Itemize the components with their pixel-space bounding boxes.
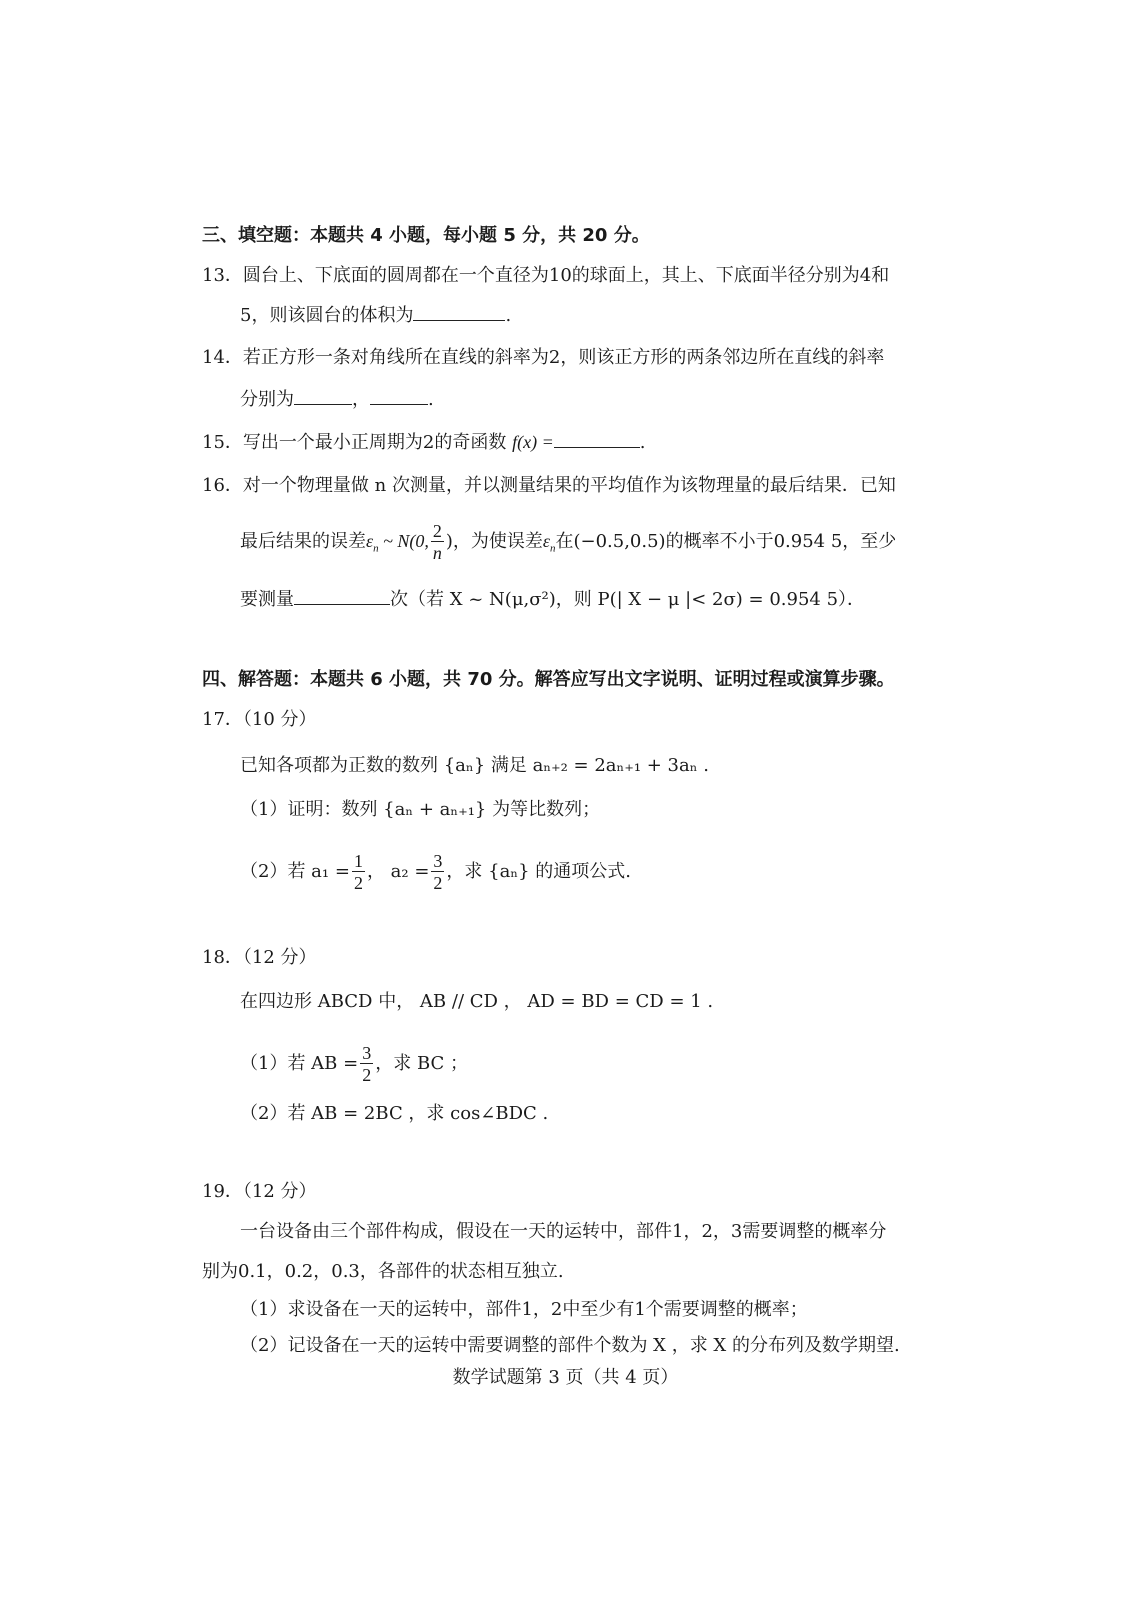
- numerator: 2: [431, 522, 444, 542]
- q16-line3: 要测量次（若 X ~ N(μ,σ²)，则 P(| X − μ |< 2σ) = …: [240, 586, 865, 614]
- q19-stem-line2: 别为0.1，0.2，0.3，各部件的状态相互独立.: [202, 1258, 564, 1286]
- fraction: 2n: [431, 522, 444, 562]
- q19-part1: （1）求设备在一天的运转中，部件1，2中至少有1个需要调整的概率；: [240, 1296, 808, 1324]
- numerator: 3: [360, 1044, 373, 1064]
- answer-blank: [413, 302, 505, 321]
- epsilon: ε: [543, 531, 550, 551]
- q18-part1-post: ，求 BC ；: [375, 1053, 468, 1074]
- answer-blank-2: [370, 386, 428, 405]
- denominator: 2: [352, 872, 365, 892]
- q19-title: 19．（12 分）: [202, 1178, 317, 1206]
- q14-line1: 14．若正方形一条对角线所在直线的斜率为2，则该正方形的两条邻边所在直线的斜率: [202, 344, 884, 372]
- q16-hint: 次（若 X ~ N(μ,σ²)，则 P(| X − μ |< 2σ) = 0.9…: [390, 589, 865, 610]
- q16-text-c: 在(−0.5,0.5)的概率不小于0.954 5，至少: [555, 531, 896, 552]
- q17-part1: （1）证明：数列 {aₙ + aₙ₊₁} 为等比数列；: [240, 796, 600, 824]
- answer-blank: [294, 586, 390, 605]
- q14-text: 分别为: [240, 389, 294, 410]
- q17-part2-post: ，求 {aₙ} 的通项公式.: [446, 861, 631, 882]
- q17-part2: （2）若 a₁ =12， a₂ =32，求 {aₙ} 的通项公式.: [240, 852, 631, 892]
- period: .: [640, 432, 646, 453]
- q18-part1-text: （1）若 AB =: [240, 1053, 358, 1074]
- page-footer: 数学试题第 3 页（共 4 页）: [0, 1364, 1131, 1392]
- question-15: 15．写出一个最小正周期为2的奇函数 f(x) =.: [202, 428, 645, 457]
- denominator: 2: [431, 872, 444, 892]
- q13-line1: 13．圆台上、下底面的圆周都在一个直径为10的球面上，其上、下底面半径分别为4和: [202, 262, 889, 290]
- q18-part2: （2）若 AB = 2BC ，求 cos∠BDC .: [240, 1100, 548, 1128]
- q16-text: 要测量: [240, 589, 294, 610]
- numerator: 3: [431, 852, 444, 872]
- period: .: [428, 389, 434, 410]
- q16-line2: 最后结果的误差εn ~ N(0,2n)，为使误差εn在(−0.5,0.5)的概率…: [240, 522, 896, 563]
- denominator: n: [431, 542, 444, 562]
- q18-stem: 在四边形 ABCD 中， AB // CD ， AD = BD = CD = 1…: [240, 988, 713, 1016]
- section-4-heading: 四、解答题：本题共 6 小题，共 70 分。解答应写出文字说明、证明过程或演算步…: [202, 666, 895, 694]
- q15-function: f(x) =: [512, 432, 554, 452]
- numerator: 1: [352, 852, 365, 872]
- q17-part2-text: （2）若 a₁ =: [240, 861, 350, 882]
- section-3-heading: 三、填空题：本题共 4 小题，每小题 5 分，共 20 分。: [202, 222, 650, 250]
- answer-blank-1: [294, 386, 352, 405]
- q19-part2: （2）记设备在一天的运转中需要调整的部件个数为 X ，求 X 的分布列及数学期望…: [240, 1332, 900, 1360]
- q13-text: 5，则该圆台的体积为: [240, 305, 413, 326]
- q15-text: 15．写出一个最小正周期为2的奇函数: [202, 432, 506, 453]
- q19-stem-line1: 一台设备由三个部件构成，假设在一天的运转中，部件1，2，3需要调整的概率分: [240, 1218, 886, 1246]
- q13-line2: 5，则该圆台的体积为.: [240, 302, 511, 330]
- q17-title: 17．（10 分）: [202, 706, 317, 734]
- fraction: 12: [352, 852, 365, 892]
- close-paren: ): [446, 531, 453, 552]
- q17-stem: 已知各项都为正数的数列 {aₙ} 满足 aₙ₊₂ = 2aₙ₊₁ + 3aₙ .: [240, 752, 709, 780]
- q18-part1: （1）若 AB =32，求 BC ；: [240, 1044, 468, 1084]
- q17-part2-mid: ， a₂ =: [367, 861, 429, 882]
- separator: ，: [352, 389, 370, 410]
- q16-line1: 16．对一个物理量做 n 次测量，并以测量结果的平均值作为该物理量的最后结果．已…: [202, 472, 896, 500]
- fraction: 32: [431, 852, 444, 892]
- fraction: 32: [360, 1044, 373, 1084]
- distribution: ~ N(0,: [379, 531, 429, 551]
- denominator: 2: [360, 1064, 373, 1084]
- q14-line2: 分别为，.: [240, 386, 434, 414]
- q18-title: 18．（12 分）: [202, 944, 317, 972]
- answer-blank: [554, 429, 640, 448]
- q16-text-b: ，为使误差: [453, 531, 543, 552]
- q16-text-a: 最后结果的误差: [240, 531, 366, 552]
- period: .: [505, 305, 511, 326]
